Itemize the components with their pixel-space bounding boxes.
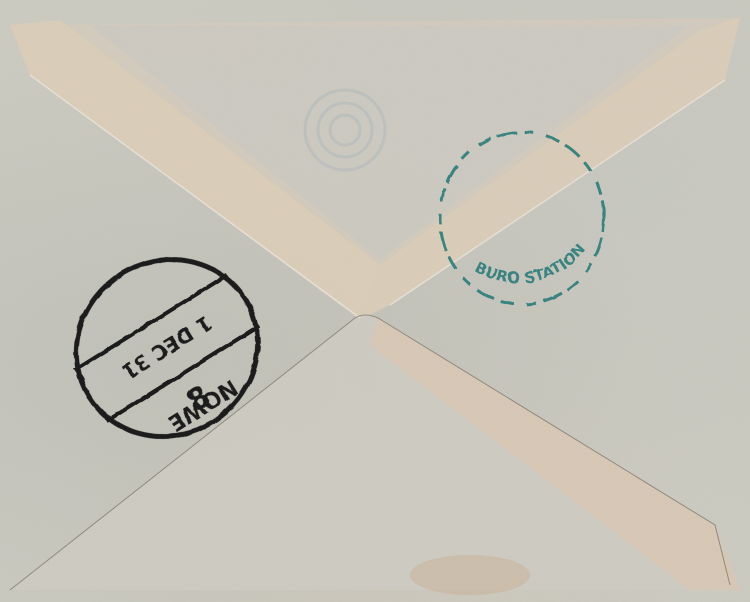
envelope-photo: 1 DEC 31 NOWE 8 BURO STATION: [0, 0, 750, 602]
teal-postmark-text: BURO STATION: [472, 240, 589, 287]
teal-postmark: BURO STATION: [0, 0, 750, 602]
